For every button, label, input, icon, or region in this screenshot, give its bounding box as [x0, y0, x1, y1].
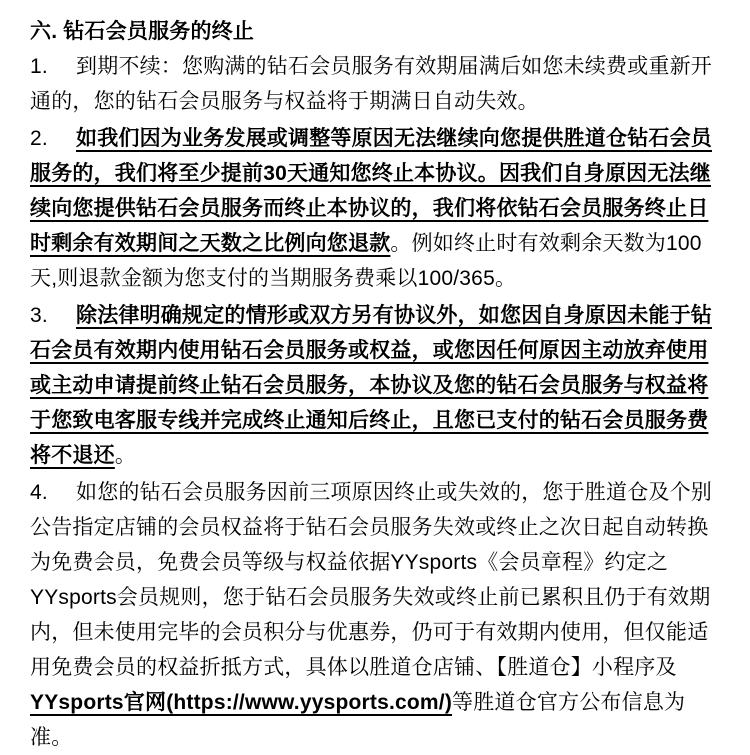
clause-3-number: 3.: [30, 298, 76, 333]
section-heading: 六. 钻石会员服务的终止: [30, 14, 723, 49]
terms-document: 六. 钻石会员服务的终止 1.到期不续：您购满的钻石会员服务有效期届满后如您未续…: [0, 0, 750, 755]
clause-3-emphasized-text: 除法律明确规定的情形或双方另有协议外，如您因自身原因未能于钻石会员有效期内使用钻…: [30, 304, 712, 467]
clause-4-number: 4.: [30, 475, 76, 510]
yysports-website-link[interactable]: YYsports官网(https://www.yysports.com/): [30, 691, 452, 714]
clause-4-text-before-link: 如您的钻石会员服务因前三项原因终止或失效的，您于胜道仓及个别公告指定店铺的会员权…: [30, 481, 712, 679]
clause-1-number: 1.: [30, 49, 76, 84]
clause-4: 4.如您的钻石会员服务因前三项原因终止或失效的，您于胜道仓及个别公告指定店铺的会…: [30, 475, 723, 755]
clause-3: 3.除法律明确规定的情形或双方另有协议外，如您因自身原因未能于钻石会员有效期内使…: [30, 298, 723, 473]
clause-1: 1.到期不续：您购满的钻石会员服务有效期届满后如您未续费或重新开通的，您的钻石会…: [30, 49, 723, 119]
clause-1-text: 到期不续：您购满的钻石会员服务有效期届满后如您未续费或重新开通的，您的钻石会员服…: [30, 55, 712, 113]
clause-3-text: 。: [115, 444, 136, 467]
clause-2-number: 2.: [30, 121, 76, 156]
clause-2: 2.如我们因为业务发展或调整等原因无法继续向您提供胜道仓钻石会员服务的，我们将至…: [30, 121, 723, 296]
